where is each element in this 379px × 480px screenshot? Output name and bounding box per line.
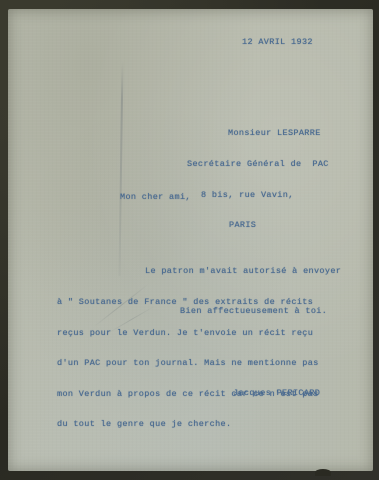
letter-body-paragraph: Le patron m'avait autorisé à envoyer à "… bbox=[57, 246, 357, 450]
signature: Jacques PERICARD bbox=[233, 388, 320, 398]
closing-line: Bien affectueusement à toi. bbox=[180, 306, 327, 316]
recipient-name: Monsieur LESPARRE bbox=[187, 128, 329, 138]
body-line: reçus pour le Verdun. Je t'envoie un réc… bbox=[57, 328, 357, 338]
letter-scan: 12 AVRIL 1932 Monsieur LESPARRE Secrétai… bbox=[0, 0, 379, 480]
paper-edge-notch bbox=[315, 469, 331, 476]
body-line: du tout le genre que je cherche. bbox=[57, 419, 357, 429]
recipient-address-block: Monsieur LESPARRE Secrétaire Général de … bbox=[187, 108, 329, 251]
recipient-title: Secrétaire Général de PAC bbox=[187, 159, 329, 169]
vertical-fold-crease bbox=[118, 61, 123, 276]
body-line: d'un PAC pour ton journal. Mais ne menti… bbox=[57, 358, 357, 368]
body-line: Le patron m'avait autorisé à envoyer bbox=[57, 266, 357, 276]
recipient-street: 8 bis, rue Vavin, bbox=[187, 190, 329, 200]
salutation: Mon cher ami, bbox=[120, 192, 191, 202]
letter-date: 12 AVRIL 1932 bbox=[242, 37, 313, 47]
recipient-city: PARIS bbox=[187, 220, 329, 230]
